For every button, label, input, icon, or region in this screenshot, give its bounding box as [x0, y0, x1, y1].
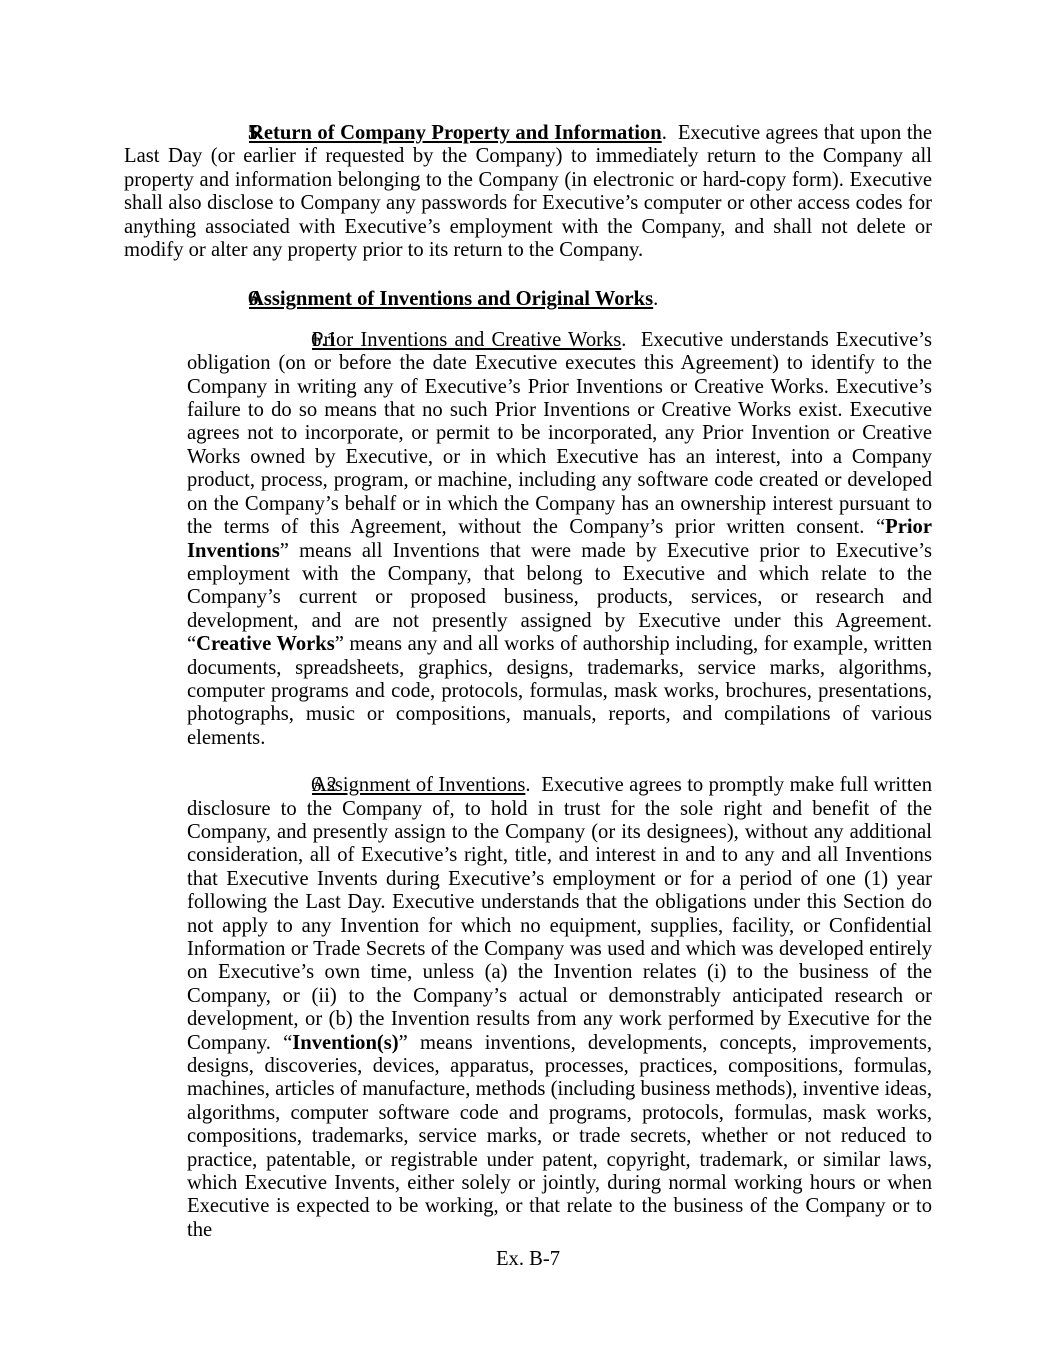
body-text: ” means inventions, developments, concep… — [187, 1032, 932, 1241]
body-text: . — [653, 288, 658, 310]
document-body: 5.Return of Company Property and Informa… — [0, 0, 1055, 1272]
section-number: 6.1 — [249, 329, 312, 352]
section-5-paragraph: 5.Return of Company Property and Informa… — [124, 122, 932, 262]
heading-text: Assignment of Inventions — [312, 774, 525, 796]
section-6-2-paragraph: 6.2Assignment of Inventions. Executive a… — [187, 774, 932, 1242]
heading-text: Prior Inventions and Creative Works — [312, 329, 621, 351]
page-number-footer: Ex. B-7 — [124, 1248, 932, 1271]
section-6-heading: 6.Assignment of Inventions and Original … — [124, 288, 932, 311]
body-text: . Executive agrees to promptly make full… — [187, 774, 932, 1053]
defined-term: Invention(s) — [292, 1032, 398, 1054]
section-number: 6.2 — [249, 774, 312, 797]
section-number: 6. — [186, 288, 249, 311]
body-text: . Executive understands Executive’s obli… — [187, 329, 932, 538]
section-6-1-paragraph: 6.1Prior Inventions and Creative Works. … — [187, 329, 932, 750]
document-page: { "page": { "background": "#ffffff", "te… — [0, 0, 1055, 1365]
heading-text: Return of Company Property and Informati… — [249, 122, 662, 144]
heading-text: Assignment of Inventions and Original Wo… — [249, 288, 653, 310]
defined-term: Creative Works — [196, 633, 335, 655]
section-number: 5. — [186, 122, 249, 145]
